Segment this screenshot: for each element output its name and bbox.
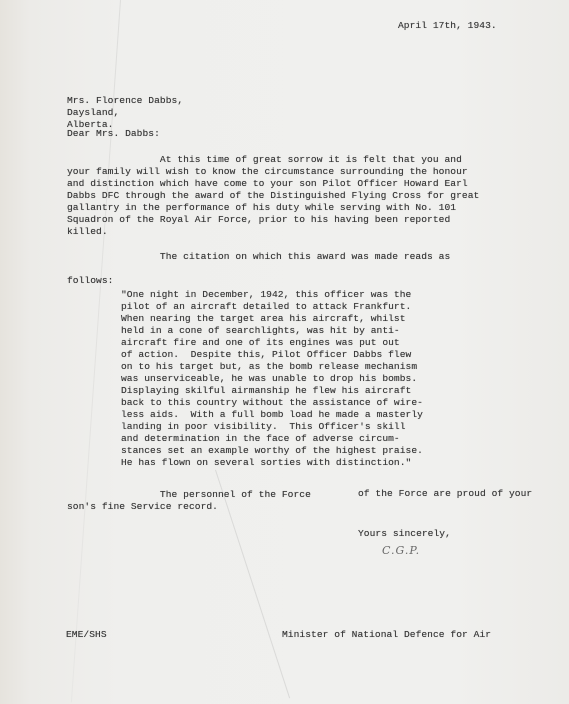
text-line: son's fine Service record. [67, 501, 218, 512]
text-line: and distinction which have come to your … [67, 178, 468, 189]
paragraph-3: The personnel of the Force son's fine Se… [67, 489, 311, 513]
citation-line: stances set an example worthy of the hig… [121, 445, 423, 456]
citation-line: Displaying skilful airmanship he flew hi… [121, 385, 411, 396]
text-line: The citation on which this award was mad… [67, 251, 450, 262]
citation-line: "One night in December, 1942, this offic… [121, 289, 411, 300]
recipient-town: Daysland, [67, 107, 119, 118]
citation-line: back to this country without the assista… [121, 397, 423, 408]
text-line: At this time of great sorrow it is felt … [67, 154, 462, 165]
letter-page: April 17th, 1943. Mrs. Florence Dabbs, D… [0, 0, 569, 704]
text-line: The personnel of the Force [67, 489, 311, 500]
citation-line: He has flown on several sorties with dis… [121, 457, 411, 468]
paragraph-2: The citation on which this award was mad… [67, 251, 450, 287]
citation-line: on to his target but, as the bomb releas… [121, 361, 417, 372]
citation-block: "One night in December, 1942, this offic… [121, 289, 423, 469]
citation-line: of action. Despite this, Pilot Officer D… [121, 349, 411, 360]
text-line: your family will wish to know the circum… [67, 166, 468, 177]
signatory-title: Minister of National Defence for Air [282, 629, 491, 641]
citation-line: was unserviceable, he was unable to drop… [121, 373, 417, 384]
signature-initials: C.G.P. [382, 544, 420, 557]
recipient-address: Mrs. Florence Dabbs, Daysland, Alberta. [67, 95, 183, 131]
text-line: killed. [67, 226, 108, 237]
citation-line: When nearing the target area his aircraf… [121, 313, 406, 324]
salutation: Dear Mrs. Dabbs: [67, 128, 160, 140]
citation-line: held in a cone of searchlights, was hit … [121, 325, 400, 336]
citation-line: aircraft fire and one of its engines was… [121, 337, 400, 348]
citation-line: pilot of an aircraft detailed to attack … [121, 301, 411, 312]
letter-date: April 17th, 1943. [398, 20, 497, 32]
citation-line: less aids. With a full bomb load he made… [121, 409, 423, 420]
paragraph-1: At this time of great sorrow it is felt … [67, 154, 479, 238]
text-line: Dabbs DFC through the award of the Disti… [67, 190, 479, 201]
citation-line: landing in poor visibility. This Officer… [121, 421, 406, 432]
text-line: Squadron of the Royal Air Force, prior t… [67, 214, 450, 225]
paragraph-3-overtyped: of the Force are proud of your [358, 488, 532, 500]
text-line: follows: [67, 275, 113, 286]
reference-initials: EME/SHS [66, 629, 107, 641]
citation-line: and determination in the face of adverse… [121, 433, 400, 444]
closing: Yours sincerely, [358, 528, 451, 540]
recipient-name: Mrs. Florence Dabbs, [67, 95, 183, 106]
text-line: gallantry in the performance of his duty… [67, 202, 456, 213]
